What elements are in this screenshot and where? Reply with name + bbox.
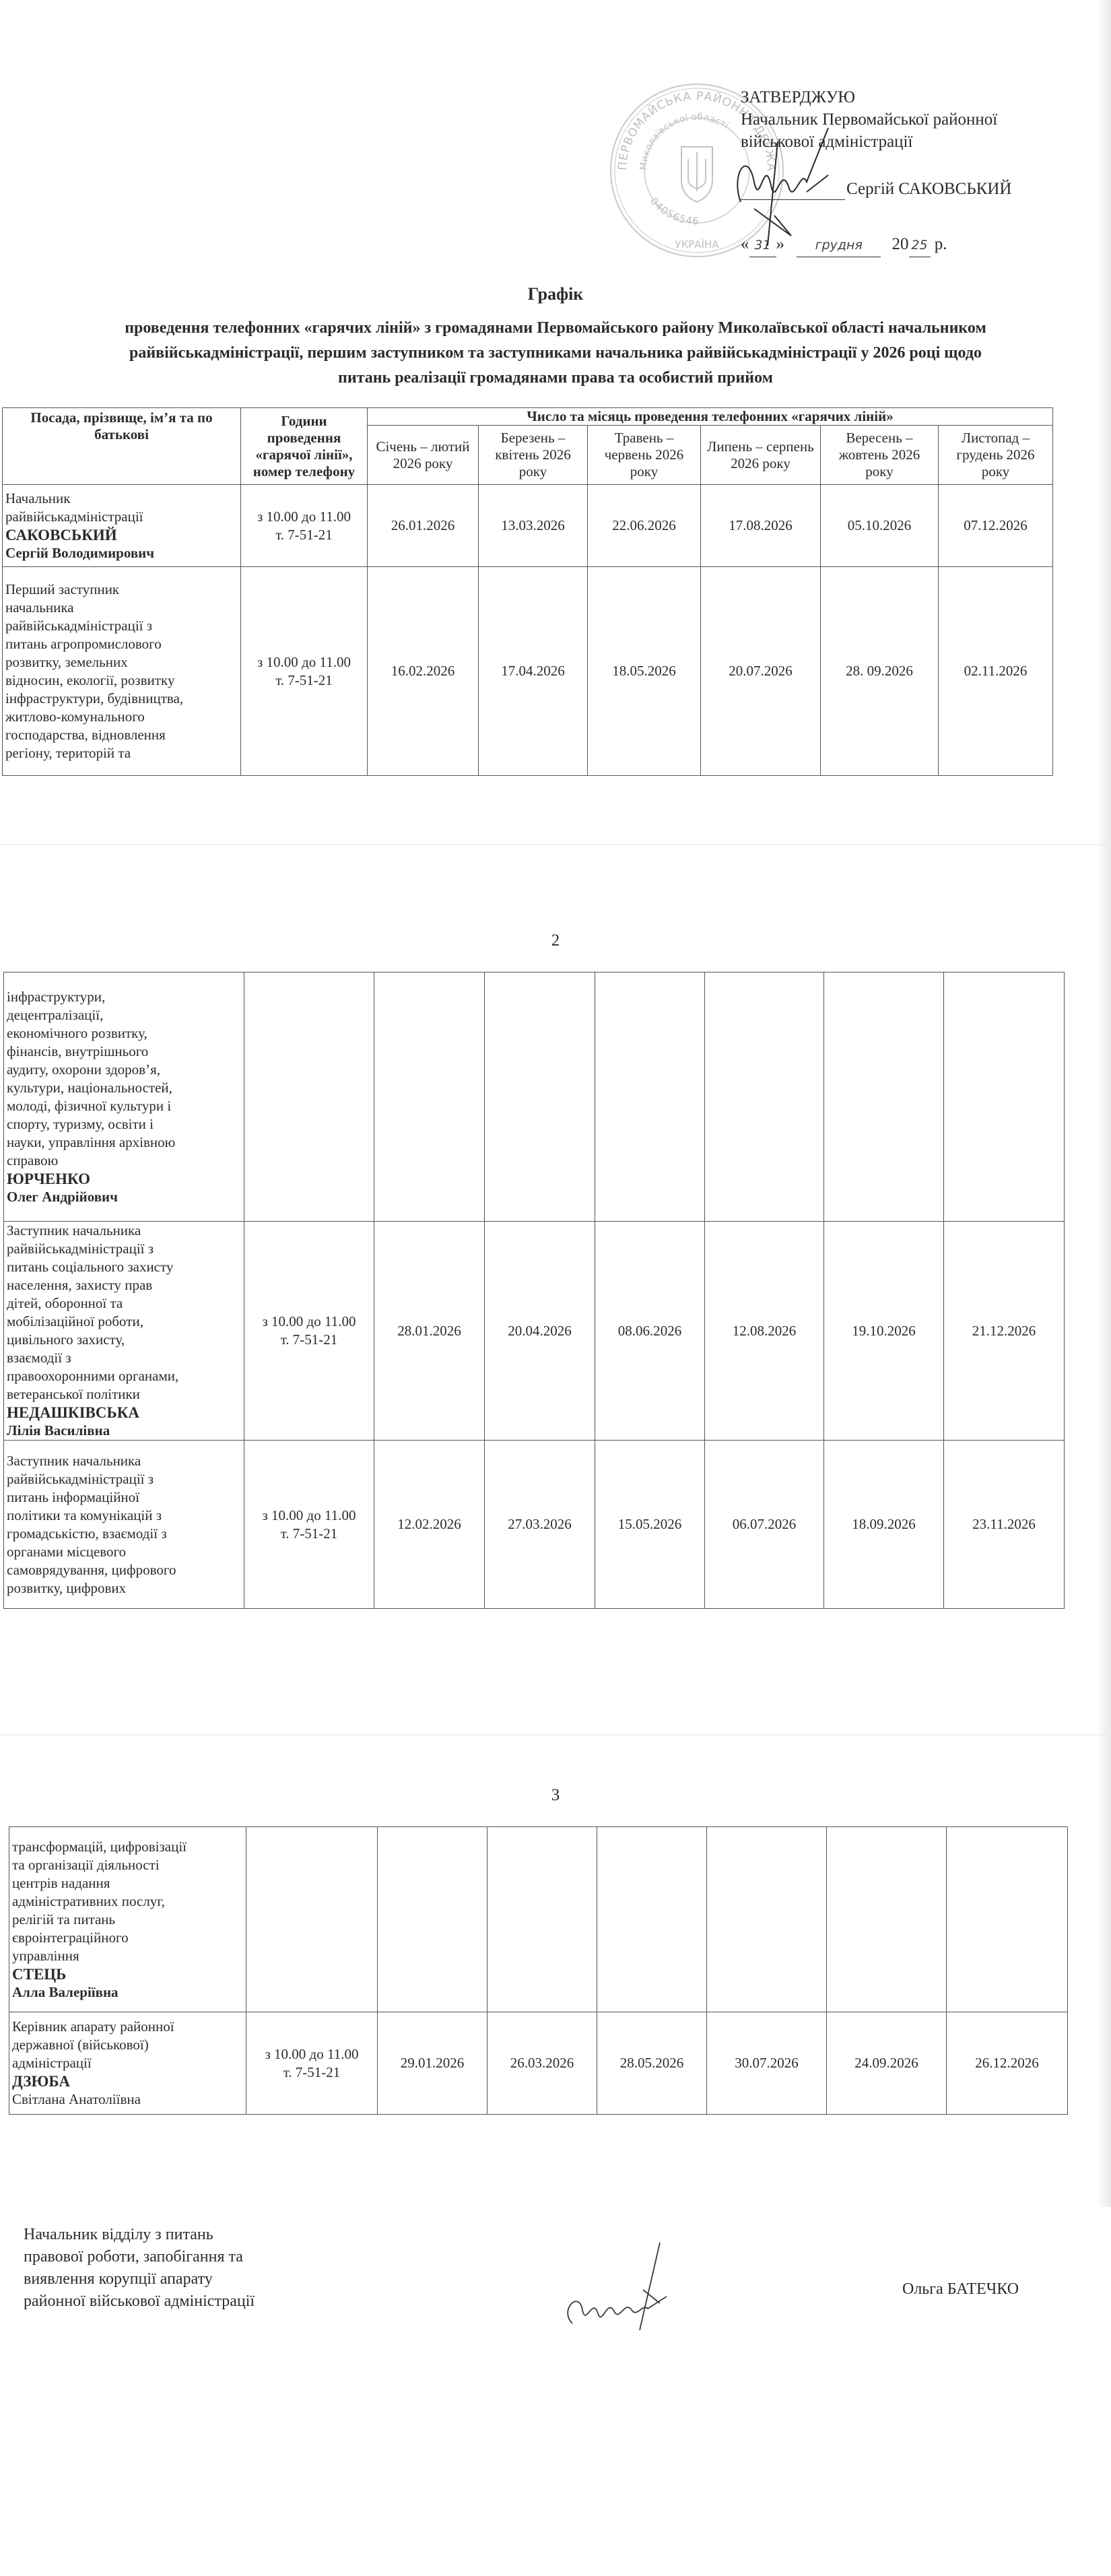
date-year-suffix: 25 [909, 234, 931, 257]
page-edge [1096, 845, 1111, 1734]
empty-cell [244, 972, 374, 1222]
date-quote-close: » [776, 235, 785, 253]
empty-cell [485, 972, 595, 1222]
given-names: Сергій Володимирович [5, 544, 238, 562]
hours-cell: з 10.00 до 11.00 т. 7-51-21 [246, 2012, 378, 2115]
date-cell: 28.01.2026 [374, 1222, 485, 1441]
header-position: Посада, прізвище, ім’я та по батькові [3, 408, 241, 485]
table-row: Заступник начальника райвійськадміністра… [4, 1222, 1065, 1441]
page-edge [1096, 0, 1111, 844]
hours-text: з 10.00 до 11.00 [247, 1313, 371, 1331]
document-title: Графік [0, 284, 1111, 304]
page-number: 3 [0, 1786, 1111, 1805]
date-cell: 15.05.2026 [595, 1441, 705, 1609]
date-cell: 28.05.2026 [597, 2012, 707, 2115]
empty-cell [707, 1827, 827, 2012]
date-cell: 24.09.2026 [827, 2012, 947, 2115]
surname: ЮРЧЕНКО [7, 1170, 241, 1188]
table-row: трансформацій, цифровізації та організац… [9, 1827, 1068, 2012]
table-row: інфраструктури, децентралізації, економі… [4, 972, 1065, 1222]
position-cell: Заступник начальника райвійськадміністра… [4, 1222, 244, 1441]
approval-signature-row: Сергій САКОВСЬКИЙ [741, 178, 1023, 200]
header-period-jul-aug: Липень – серпень 2026 року [701, 426, 821, 485]
phone-text: т. 7-51-21 [249, 2063, 374, 2082]
date-cell: 12.08.2026 [705, 1222, 824, 1441]
date-cell: 28. 09.2026 [821, 567, 939, 776]
position-text: Перший заступник начальника райвійськадм… [5, 581, 238, 762]
schedule-table-page2: інфраструктури, децентралізації, економі… [3, 972, 1065, 1609]
position-cell: інфраструктури, децентралізації, економі… [4, 972, 244, 1222]
date-year-unit: р. [935, 235, 947, 253]
signature-icon [559, 2236, 680, 2337]
position-cell: Начальник райвійськадміністрації САКОВСЬ… [3, 485, 241, 567]
date-cell: 16.02.2026 [368, 567, 479, 776]
date-quote-open: « [741, 235, 749, 253]
approval-position-line1: Начальник Первомайської районної [741, 108, 997, 131]
approval-block: ЗАТВЕРДЖУЮ Начальник Первомайської район… [741, 86, 997, 153]
date-cell: 20.04.2026 [485, 1222, 595, 1441]
approval-date: «31» грудня 2025 р. [741, 233, 947, 257]
given-names: Лілія Василівна [7, 1422, 241, 1440]
svg-text:Миколаївської області: Миколаївської області [638, 112, 731, 171]
position-text: інфраструктури, децентралізації, економі… [7, 988, 241, 1170]
table-row: Перший заступник начальника райвійськадм… [3, 567, 1053, 776]
position-text: Заступник начальника райвійськадміністра… [7, 1222, 241, 1403]
date-cell: 07.12.2026 [939, 485, 1053, 567]
empty-cell [374, 972, 485, 1222]
schedule-table-page1: Посада, прізвище, ім’я та по батькові Го… [2, 407, 1053, 776]
empty-cell [487, 1827, 597, 2012]
document-subtitle-line2: райвійськадміністрації, першим заступник… [0, 341, 1111, 366]
position-cell: Перший заступник начальника райвійськадм… [3, 567, 241, 776]
header-period-may-jun: Травень – червень 2026 року [588, 426, 701, 485]
date-year-prefix: 20 [892, 235, 909, 253]
date-cell: 26.01.2026 [368, 485, 479, 567]
position-cell: трансформацій, цифровізації та організац… [9, 1827, 246, 2012]
schedule-table-page3: трансформацій, цифровізації та організац… [9, 1826, 1068, 2115]
date-cell: 26.03.2026 [487, 2012, 597, 2115]
date-cell: 18.05.2026 [588, 567, 701, 776]
hours-cell: з 10.00 до 11.00 т. 7-51-21 [241, 485, 368, 567]
empty-cell [947, 1827, 1068, 2012]
surname: СТЕЦЬ [12, 1965, 243, 1983]
date-cell: 26.12.2026 [947, 2012, 1068, 2115]
footer-signer-name: Ольга БАТЕЧКО [902, 2280, 1019, 2299]
empty-cell [824, 972, 944, 1222]
surname: НЕДАШКІВСЬКА [7, 1403, 241, 1422]
date-cell: 20.07.2026 [701, 567, 821, 776]
surname: САКОВСЬКИЙ [5, 526, 238, 544]
date-cell: 19.10.2026 [824, 1222, 944, 1441]
header-hours: Години проведення «гарячої лінії», номер… [241, 408, 368, 485]
date-cell: 29.01.2026 [378, 2012, 487, 2115]
empty-cell [246, 1827, 378, 2012]
position-cell: Заступник начальника райвійськадміністра… [4, 1441, 244, 1609]
document-subtitle-line1: проведення телефонних «гарячих ліній» з … [0, 316, 1111, 341]
document-subtitle-line3: питань реалізації громадянами права та о… [0, 366, 1111, 391]
hours-cell: з 10.00 до 11.00 т. 7-51-21 [244, 1441, 374, 1609]
position-text: трансформацій, цифровізації та організац… [12, 1838, 243, 1965]
date-cell: 21.12.2026 [944, 1222, 1065, 1441]
phone-text: т. 7-51-21 [244, 671, 364, 690]
position-cell: Керівник апарату районної державної (вій… [9, 2012, 246, 2115]
header-period-sep-oct: Вересень – жовтень 2026 року [821, 426, 939, 485]
date-cell: 17.08.2026 [701, 485, 821, 567]
table-row: Заступник начальника райвійськадміністра… [4, 1441, 1065, 1609]
hours-text: з 10.00 до 11.00 [244, 508, 364, 526]
header-period-nov-dec: Листопад – грудень 2026 року [939, 426, 1053, 485]
header-period-mar-apr: Березень – квітень 2026 року [479, 426, 588, 485]
page-number: 2 [0, 931, 1111, 950]
date-cell: 22.06.2026 [588, 485, 701, 567]
date-cell: 30.07.2026 [707, 2012, 827, 2115]
hours-text: з 10.00 до 11.00 [247, 1507, 371, 1525]
date-cell: 12.02.2026 [374, 1441, 485, 1609]
position-text: Керівник апарату районної державної (вій… [12, 2018, 243, 2072]
table-row: Керівник апарату районної державної (вій… [9, 2012, 1068, 2115]
hours-cell: з 10.00 до 11.00 т. 7-51-21 [241, 567, 368, 776]
phone-text: т. 7-51-21 [247, 1331, 371, 1349]
empty-cell [827, 1827, 947, 2012]
position-text: Начальник райвійськадміністрації [5, 490, 238, 526]
date-cell: 17.04.2026 [479, 567, 588, 776]
phone-text: т. 7-51-21 [244, 526, 364, 544]
phone-text: т. 7-51-21 [247, 1525, 371, 1543]
signature-line [741, 182, 845, 200]
header-period-jan-feb: Січень – лютий 2026 року [368, 426, 479, 485]
position-text: Заступник начальника райвійськадміністра… [7, 1452, 241, 1597]
given-names: Світлана Анатоліївна [12, 2090, 243, 2109]
approval-signer-name: Сергій САКОВСЬКИЙ [846, 180, 1011, 198]
approval-heading: ЗАТВЕРДЖУЮ [741, 86, 997, 108]
surname: ДЗЮБА [12, 2072, 243, 2090]
date-day: 31 [749, 234, 776, 257]
empty-cell [595, 972, 705, 1222]
date-month: грудня [797, 234, 881, 257]
date-cell: 05.10.2026 [821, 485, 939, 567]
empty-cell [944, 972, 1065, 1222]
given-names: Олег Андрійович [7, 1188, 241, 1206]
table-row: Начальник райвійськадміністрації САКОВСЬ… [3, 485, 1053, 567]
page-edge [1096, 1736, 1111, 2207]
date-cell: 13.03.2026 [479, 485, 588, 567]
hours-text: з 10.00 до 11.00 [244, 653, 364, 671]
empty-cell [597, 1827, 707, 2012]
empty-cell [705, 972, 824, 1222]
given-names: Алла Валеріївна [12, 1983, 243, 2002]
hours-cell: з 10.00 до 11.00 т. 7-51-21 [244, 1222, 374, 1441]
date-cell: 27.03.2026 [485, 1441, 595, 1609]
date-cell: 06.07.2026 [705, 1441, 824, 1609]
date-cell: 02.11.2026 [939, 567, 1053, 776]
hours-text: з 10.00 до 11.00 [249, 2045, 374, 2063]
svg-text:УКРАЇНА: УКРАЇНА [675, 238, 719, 251]
empty-cell [378, 1827, 487, 2012]
approval-position-line2: військової адміністрації [741, 131, 997, 153]
date-cell: 23.11.2026 [944, 1441, 1065, 1609]
date-cell: 18.09.2026 [824, 1441, 944, 1609]
footer-position: Начальник відділу з питань правової робо… [24, 2224, 255, 2313]
header-dates-group: Число та місяць проведення телефонних «г… [368, 408, 1053, 426]
date-cell: 08.06.2026 [595, 1222, 705, 1441]
